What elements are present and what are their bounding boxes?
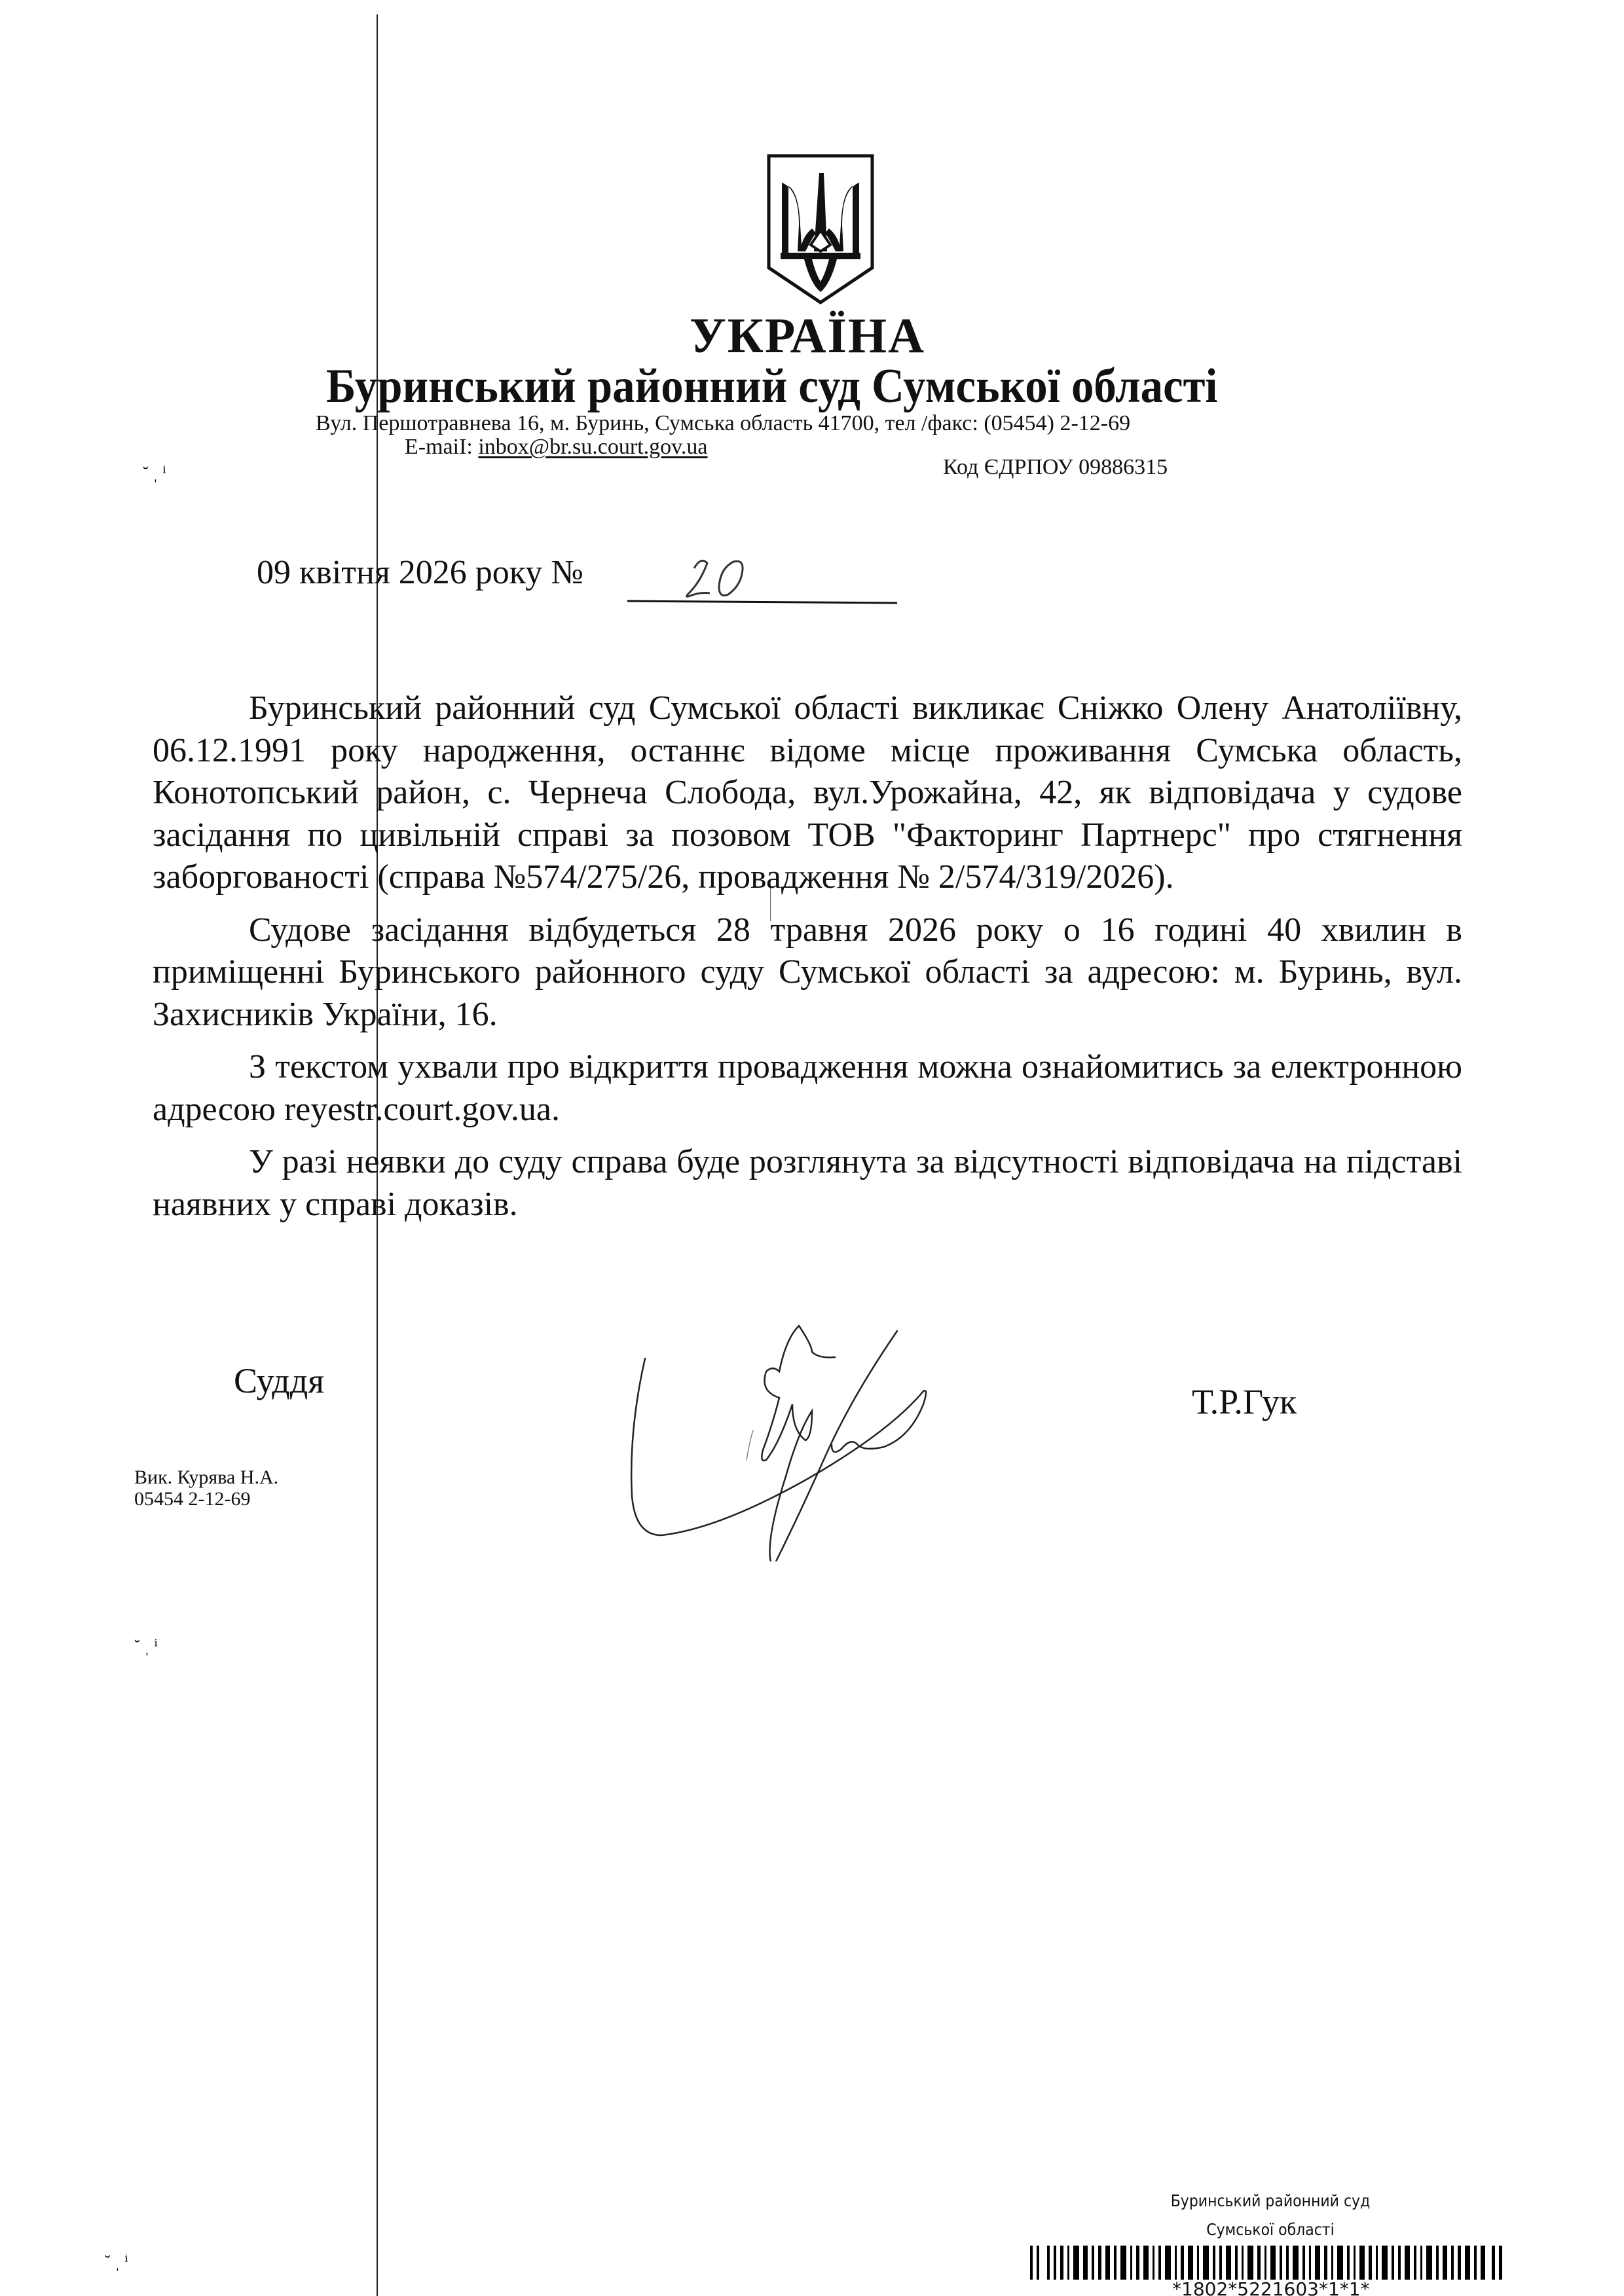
- handwritten-signature: [616, 1300, 956, 1561]
- paragraph-absence-warning: У разі неявки до суду справа буде розгля…: [153, 1141, 1462, 1226]
- executor-name: Вик. Курява Н.А.: [134, 1467, 278, 1488]
- stamp-line-1: Буринський районний суд: [1132, 2187, 1409, 2215]
- judge-role-label: Суддя: [234, 1360, 324, 1401]
- executor-phone: 05454 2-12-69: [134, 1488, 278, 1510]
- handwritten-number: 20: [681, 555, 760, 601]
- stamp-line-2: Сумської області: [1132, 2215, 1409, 2244]
- email-label: E-maiI:: [405, 435, 478, 459]
- email-line: E-maiI: inbox@br.su.court.gov.ua: [405, 435, 708, 460]
- margin-punch-mark: ˘ ˌ ⁱ: [134, 1637, 158, 1656]
- margin-punch-mark: ˘ ˌ ⁱ: [143, 464, 166, 483]
- registration-stamp: Буринський районний суд Сумської області: [1132, 2187, 1409, 2244]
- barcode-number: *1802*5221603*1*1*: [1172, 2278, 1370, 2296]
- edrpou-code: Код ЄДРПОУ 09886315: [943, 455, 1168, 480]
- paragraph-ruling-text: З текстом ухвали про відкриття проваджен…: [153, 1046, 1462, 1131]
- registration-barcode: [1030, 2246, 1506, 2280]
- paragraph-hearing-time: Судове засідання відбудеться 28 травня 2…: [153, 909, 1462, 1036]
- letter-date: 09 квітня 2026 року №: [257, 553, 583, 592]
- paragraph-summons: Буринський районний суд Сумської області…: [153, 687, 1462, 899]
- executor-info: Вик. Курява Н.А. 05454 2-12-69: [134, 1467, 278, 1510]
- judge-name: Т.Р.Гук: [1192, 1381, 1297, 1422]
- court-address: Вул. Першотравнева 16, м. Буринь, Сумськ…: [316, 411, 1130, 436]
- country-title: УКРАЇНА: [690, 308, 925, 365]
- number-underline: [627, 600, 897, 604]
- margin-punch-mark: ˘ ˌ ⁱ: [105, 2252, 128, 2272]
- email-link[interactable]: inbox@br.su.court.gov.ua: [478, 435, 707, 459]
- letter-body: Буринський районний суд Сумської області…: [153, 687, 1462, 1236]
- trident-coat-of-arms-icon: [765, 153, 876, 305]
- court-name: Буринський районний суд Сумської області: [326, 359, 1218, 414]
